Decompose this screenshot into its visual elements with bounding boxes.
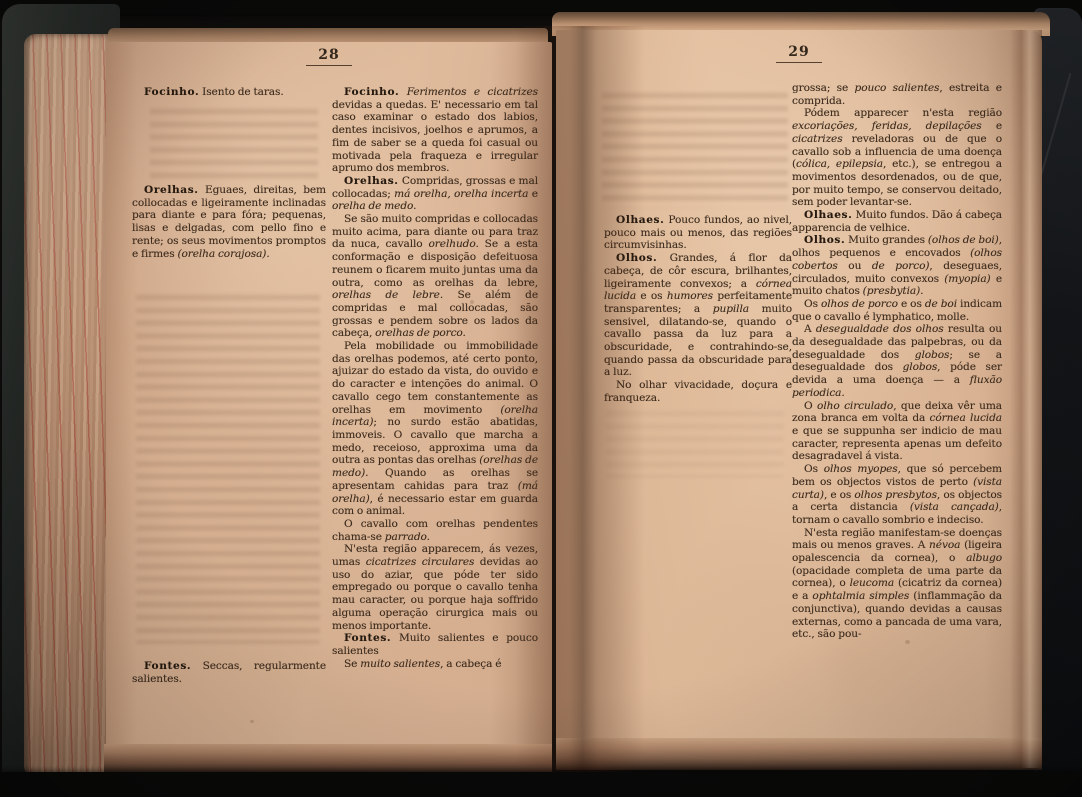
page29-left-column: Olhaes. Pouco fundos, ao nivel, pouco ma… [604,214,792,405]
paragraph: Fontes. Seccas, regularmente salientes. [132,660,326,685]
paragraph: Focinho. Isento de taras. [132,86,326,99]
paragraph: Se muito salientes, a cabeça é [332,658,538,671]
paragraph: Fontes. Muito salientes e pouco saliente… [332,632,538,657]
page28-left-column-bottom: Fontes. Seccas, regularmente salientes. [132,660,326,685]
paragraph: Olhos. Muito grandes (olhos de boi), olh… [792,234,1002,298]
page-edge-stack-left [24,34,116,776]
paragraph: Se são muito compridas e collocadas muit… [332,213,538,340]
paragraph: No olhar vivacidade, doçura e franqueza. [604,379,792,404]
paragraph: Os olhos de porco e os de boi indicam qu… [792,298,1002,323]
paragraph: Olhaes. Pouco fundos, ao nivel, pouco ma… [604,214,792,252]
page-number-rule [776,62,822,63]
page28-left-column-middle: Orelhas. Eguaes, direitas, bem collocada… [132,184,326,260]
page-bottom-edges-right [556,738,1042,770]
paragraph: O cavallo com orelhas pendentes chama-se… [332,518,538,543]
page-number-rule [306,65,352,66]
paragraph: Orelhas. Compridas, grossas e mal colloc… [332,175,538,213]
paragraph: N'esta região apparecem, ás vezes, umas … [332,543,538,632]
book-photo: 28 29 Focinho. Isento de taras. Orelhas.… [0,0,1082,797]
paragraph: Os olhos myopes, que só percebem bem os … [792,463,1002,527]
paragraph: Orelhas. Eguaes, direitas, bem collocada… [132,184,326,260]
paragraph: O olho circulado, que deixa vêr uma zona… [792,400,1002,464]
page-bottom-edges-left [104,744,552,774]
page28-right-column: Focinho. Ferimentos e cicatrizes devidas… [332,86,538,670]
page-number: 28 [318,47,339,63]
page29-right-column: grossa; se pouco salientes, estreita e c… [792,82,1002,641]
page-header-29: 29 [556,44,1042,63]
paragraph: Pódem apparecer n'esta região excoriaçõe… [792,107,1002,209]
page28-left-column-top: Focinho. Isento de taras. [132,86,326,99]
paragraph: Focinho. Ferimentos e cicatrizes devidas… [332,86,538,175]
paragraph: Pela mobilidade ou immobilidade das orel… [332,340,538,518]
page-header-28: 28 [106,47,552,66]
paragraph: Olhos. Grandes, á flor da cabeça, de côr… [604,252,792,379]
page-number: 29 [788,44,809,60]
paper-speck [250,720,254,723]
background-bottom-band [0,772,1082,797]
paragraph: A desegualdade dos olhos resulta ou da d… [792,323,1002,399]
paragraph: grossa; se pouco salientes, estreita e c… [792,82,1002,107]
paragraph: Olhaes. Muito fundos. Dão á cabeça appar… [792,209,1002,234]
paragraph: N'esta região manifestam-se doenças mais… [792,527,1002,641]
